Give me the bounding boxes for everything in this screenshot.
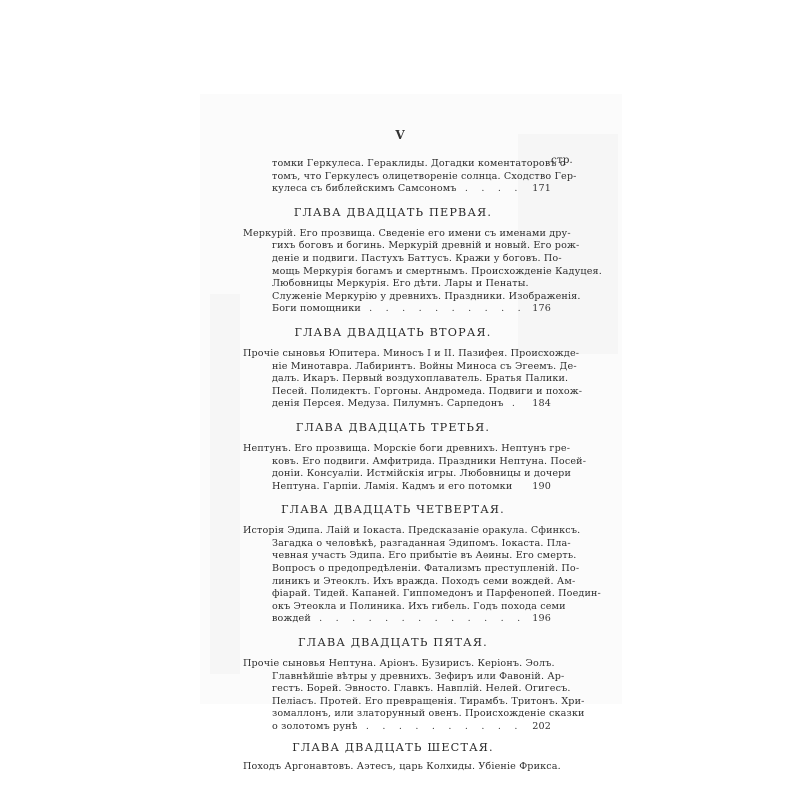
dot-leader: . . . . . . . . . . . . . . . . . . . . …: [457, 183, 520, 194]
dot-leader: . . . . . . . . . . . . . . . . . . . . …: [512, 481, 520, 492]
chapter-heading: ГЛАВА ДВАДЦАТЬ ШЕСТАЯ.: [238, 741, 548, 754]
toc-entry-text: Боги помощники: [272, 303, 361, 314]
toc-entry-text: Нептунъ. Его прозвища. Морскіе боги древ…: [243, 443, 570, 454]
toc-entry-line: окъ Этеокла и Полиника. Ихъ гибель. Годъ…: [243, 601, 520, 614]
toc-entry-text: Прочіе сыновья Нептуна. Аріонъ. Бузирисъ…: [243, 658, 555, 669]
toc-entry-line: чевная участь Эдипа. Его прибытіе въ Аѳи…: [243, 550, 520, 563]
dot-leader: . . . . . . . . . . . . . . . . . . . . …: [361, 303, 520, 314]
toc-entry-text: фіарай. Тидей. Капаней. Гиппомедонъ и Па…: [272, 588, 601, 599]
toc-entry[interactable]: томки Геркулеса. Гераклиды. Догадки коме…: [243, 158, 553, 196]
table-of-contents: томки Геркулеса. Гераклиды. Догадки коме…: [243, 158, 553, 773]
toc-entry-text: Любовницы Меркурія. Его дѣти. Лары и Пен…: [272, 278, 529, 289]
toc-entry-text: кулеса съ библейскимъ Самсономъ: [272, 183, 457, 194]
toc-entry[interactable]: Меркурій. Его прозвища. Сведеніе его име…: [243, 228, 553, 316]
toc-entry-line: Исторія Эдипа. Лаій и Іокаста. Предсказа…: [243, 525, 520, 538]
toc-entry-line: Песей. Полидектъ. Горгоны. Андромеда. По…: [243, 386, 520, 399]
toc-entry-text: ковъ. Его подвиги. Амфитрида. Праздники …: [272, 456, 586, 467]
toc-entry-line: вождей . . . . . . . . . . . . . . . . .…: [243, 613, 520, 626]
page-number: 176: [532, 303, 551, 316]
toc-entry-text: Исторія Эдипа. Лаій и Іокаста. Предсказа…: [243, 525, 580, 536]
toc-entry-line: Загадка о человѣкѣ, разгаданная Эдипомъ.…: [243, 538, 520, 551]
toc-entry-line: Походъ Аргонавтовъ. Аэтесъ, царь Колхиды…: [243, 761, 520, 774]
chapter-heading: ГЛАВА ДВАДЦАТЬ ЧЕТВЕРТАЯ.: [238, 503, 548, 516]
toc-entry-line: линикъ и Этеоклъ. Ихъ вражда. Походъ сем…: [243, 576, 520, 589]
toc-entry-text: линикъ и Этеоклъ. Ихъ вражда. Походъ сем…: [272, 576, 575, 587]
toc-entry-line: о золотомъ рунѣ . . . . . . . . . . . . …: [243, 721, 520, 734]
page-number: 202: [532, 721, 551, 734]
toc-entry-line: денія Персея. Медуза. Пилумнъ. Сарпедонъ…: [243, 398, 520, 411]
toc-entry[interactable]: Походъ Аргонавтовъ. Аэтесъ, царь Колхиды…: [243, 761, 553, 774]
toc-entry-line: Пеліасъ. Протей. Его превращенія. Тирамб…: [243, 696, 520, 709]
toc-entry-text: денія Персея. Медуза. Пилумнъ. Сарпедонъ: [272, 398, 504, 409]
toc-entry-line: доніи. Консуаліи. Истмійскія игры. Любов…: [243, 468, 520, 481]
page-number: 184: [532, 398, 551, 411]
page-number: 190: [532, 481, 551, 494]
toc-entry-line: ковъ. Его подвиги. Амфитрида. Праздники …: [243, 456, 520, 469]
page-number: 171: [532, 183, 551, 196]
toc-entry-text: доніи. Консуаліи. Истмійскія игры. Любов…: [272, 468, 571, 479]
dot-leader: . . . . . . . . . . . . . . . . . . . . …: [504, 398, 520, 409]
chapter-heading: ГЛАВА ДВАДЦАТЬ ТРЕТЬЯ.: [238, 421, 548, 434]
toc-entry-text: вождей: [272, 613, 311, 624]
toc-entry-line: деніе и подвиги. Пастухъ Баттусъ. Кражи …: [243, 253, 520, 266]
toc-entry-text: о золотомъ рунѣ: [272, 721, 358, 732]
toc-entry-line: томъ, что Геркулесъ олицетвореніе солнца…: [243, 171, 520, 184]
toc-entry-text: мощь Меркурія богамъ и смертнымъ. Происх…: [272, 266, 602, 277]
toc-entry[interactable]: Нептунъ. Его прозвища. Морскіе боги древ…: [243, 443, 553, 493]
toc-entry-text: зомаллонъ, или златорунный овенъ. Происх…: [272, 708, 585, 719]
toc-entry-line: зомаллонъ, или златорунный овенъ. Происх…: [243, 708, 520, 721]
toc-entry-line: Служеніе Меркурію у древнихъ. Праздники.…: [243, 291, 520, 304]
toc-entry-line: Вопросъ о предопредѣленіи. Фатализмъ пре…: [243, 563, 520, 576]
toc-entry-line: Нептунъ. Его прозвища. Морскіе боги древ…: [243, 443, 520, 456]
toc-entry-text: Прочіе сыновья Юпитера. Миносъ I и II. П…: [243, 348, 579, 359]
toc-entry-line: Главнѣйшіе вѣтры у древнихъ. Зефиръ или …: [243, 671, 520, 684]
toc-entry[interactable]: Прочіе сыновья Юпитера. Миносъ I и II. П…: [243, 348, 553, 411]
toc-entry-line: Меркурій. Его прозвища. Сведеніе его име…: [243, 228, 520, 241]
toc-entry-text: окъ Этеокла и Полиника. Ихъ гибель. Годъ…: [272, 601, 566, 612]
toc-entry-line: томки Геркулеса. Гераклиды. Догадки коме…: [243, 158, 520, 171]
toc-entry-line: гихъ боговъ и богинь. Меркурій древній и…: [243, 240, 520, 253]
toc-entry-text: деніе и подвиги. Пастухъ Баттусъ. Кражи …: [272, 253, 562, 264]
toc-entry-text: Загадка о человѣкѣ, разгаданная Эдипомъ.…: [272, 538, 571, 549]
toc-entry[interactable]: Прочіе сыновья Нептуна. Аріонъ. Бузирисъ…: [243, 658, 553, 734]
page-number: 196: [532, 613, 551, 626]
bleed-through-shadow: [210, 294, 240, 674]
toc-entry[interactable]: Исторія Эдипа. Лаій и Іокаста. Предсказа…: [243, 525, 553, 626]
toc-entry-line: Любовницы Меркурія. Его дѣти. Лары и Пен…: [243, 278, 520, 291]
page-folio: V: [392, 128, 408, 142]
toc-entry-line: далъ. Икаръ. Первый воздухоплаватель. Бр…: [243, 373, 520, 386]
toc-entry-text: ніе Минотавра. Лабиринтъ. Войны Миноса с…: [272, 361, 577, 372]
toc-entry-line: фіарай. Тидей. Капаней. Гиппомедонъ и Па…: [243, 588, 520, 601]
chapter-heading: ГЛАВА ДВАДЦАТЬ ПЕРВАЯ.: [238, 206, 548, 219]
chapter-heading: ГЛАВА ДВАДЦАТЬ ПЯТАЯ.: [238, 636, 548, 649]
toc-entry-line: гестъ. Борей. Эвносто. Главкъ. Навплій. …: [243, 683, 520, 696]
toc-entry-line: мощь Меркурія богамъ и смертнымъ. Происх…: [243, 266, 520, 279]
toc-entry-text: Меркурій. Его прозвища. Сведеніе его име…: [243, 228, 571, 239]
toc-entry-text: томъ, что Геркулесъ олицетвореніе солнца…: [272, 171, 577, 182]
toc-entry-line: Прочіе сыновья Нептуна. Аріонъ. Бузирисъ…: [243, 658, 520, 671]
toc-entry-text: Нептуна. Гарпіи. Ламія. Кадмъ и его пото…: [272, 481, 512, 492]
chapter-heading: ГЛАВА ДВАДЦАТЬ ВТОРАЯ.: [238, 326, 548, 339]
dot-leader: . . . . . . . . . . . . . . . . . . . . …: [311, 613, 520, 624]
toc-entry-text: чевная участь Эдипа. Его прибытіе въ Аѳи…: [272, 550, 576, 561]
toc-entry-text: Вопросъ о предопредѣленіи. Фатализмъ пре…: [272, 563, 579, 574]
toc-entry-text: Песей. Полидектъ. Горгоны. Андромеда. По…: [272, 386, 582, 397]
toc-entry-text: Главнѣйшіе вѣтры у древнихъ. Зефиръ или …: [272, 671, 564, 682]
toc-entry-line: Прочіе сыновья Юпитера. Миносъ I и II. П…: [243, 348, 520, 361]
toc-entry-text: Служеніе Меркурію у древнихъ. Праздники.…: [272, 291, 581, 302]
toc-entry-line: Боги помощники . . . . . . . . . . . . .…: [243, 303, 520, 316]
toc-entry-text: Пеліасъ. Протей. Его превращенія. Тирамб…: [272, 696, 585, 707]
toc-entry-text: гестъ. Борей. Эвносто. Главкъ. Навплій. …: [272, 683, 571, 694]
toc-entry-line: Нептуна. Гарпіи. Ламія. Кадмъ и его пото…: [243, 481, 520, 494]
toc-entry-text: гихъ боговъ и богинь. Меркурій древній и…: [272, 240, 579, 251]
toc-entry-text: далъ. Икаръ. Первый воздухоплаватель. Бр…: [272, 373, 568, 384]
toc-entry-line: ніе Минотавра. Лабиринтъ. Войны Миноса с…: [243, 361, 520, 374]
dot-leader: . . . . . . . . . . . . . . . . . . . . …: [358, 721, 520, 732]
toc-entry-text: Походъ Аргонавтовъ. Аэтесъ, царь Колхиды…: [243, 761, 561, 772]
toc-entry-text: томки Геркулеса. Гераклиды. Догадки коме…: [272, 158, 566, 169]
toc-entry-line: кулеса съ библейскимъ Самсономъ . . . . …: [243, 183, 520, 196]
